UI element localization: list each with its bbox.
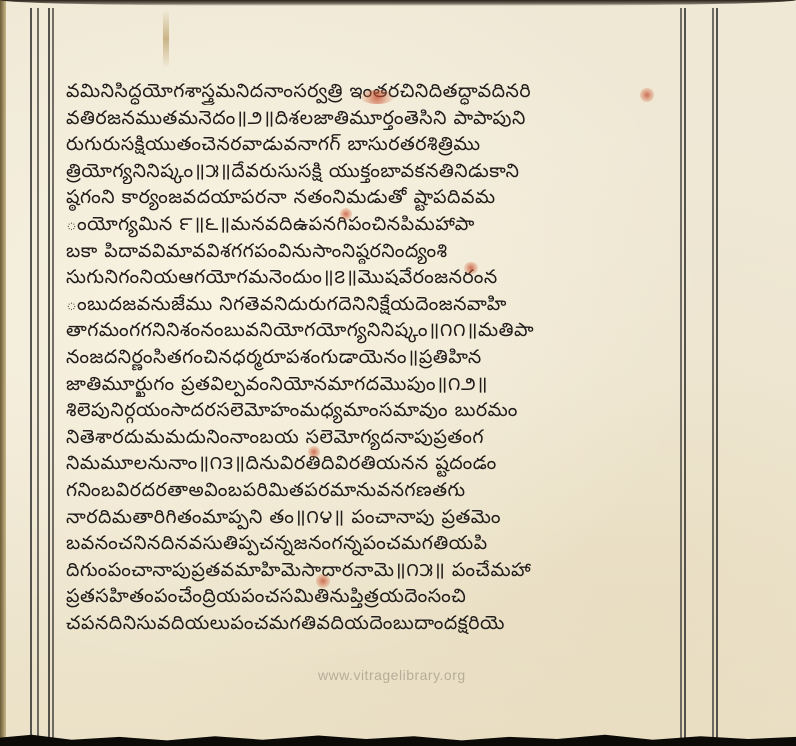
right-margin-rule-inner (684, 8, 686, 740)
left-margin-rule-inner (48, 8, 50, 740)
left-margin-rule-outer (30, 8, 32, 740)
text-line-5: ష్ఠగంని కార్యంజవదయాపరనా నతంనిమడుతో ష్టాప… (66, 184, 684, 211)
red-stain (464, 262, 478, 274)
left-margin-rule-outer-2 (37, 8, 39, 740)
manuscript-text: వమినిసిద్ధయోగశాస్త్రమనిదనాంసర్వత్రి ఇంతర… (66, 78, 684, 636)
text-line-14: నితెశారదుమమదునింనాంబయ సలెమోగ్యదనాపుప్రతం… (66, 424, 684, 451)
text-line-3: రుగురుసక్షియుతంచెనరవాడువనాగగ్ బాసురతరశిత… (66, 131, 684, 158)
text-line-18: బవనంచనినదినవసుతిప్పచన్నజనంగన్నపంచమగతియపి (66, 530, 684, 557)
watermark: www.vitragelibrary.org (318, 667, 466, 683)
top-edge-shadow (0, 0, 796, 6)
text-line-4: త్రియోగ్యనినిష్కం॥౫॥దేవరుసుసక్షి యుక్తంబ… (66, 158, 684, 185)
text-line-7: బకా పిదావవిమావవిశగగపంవినుసాంనిష్ఠరనింద్య… (66, 238, 684, 265)
manuscript-page: వమినిసిద్ధయోగశాస్త్రమనిదనాంసర్వత్రి ఇంతర… (0, 0, 796, 746)
text-line-20: ప్రతసహితంపంచేంద్రియపంచసమితినుప్తిత్రయదెం… (66, 583, 684, 610)
text-line-10: తాగమంగగనినిశంనంబువనియోగయోగ్యనినిష్కం॥౧౧॥… (66, 317, 684, 344)
red-stain (340, 208, 352, 220)
ink-smudge (163, 10, 169, 68)
text-line-11: నంజదనిర్ణంసితగంచినధర్మరూపశంగుడాయెనం॥ప్రత… (66, 344, 684, 371)
red-stain (360, 90, 394, 104)
left-margin-rule-inner-2 (52, 8, 54, 740)
torn-bottom-edge (0, 732, 796, 746)
text-line-13: శిలెపునిర్గయంసాదరసలెమోహంమధ్యమాంసమావుం బు… (66, 397, 684, 424)
right-margin-rule-outer-2 (712, 8, 714, 740)
right-margin-rule-outer (716, 8, 718, 740)
red-stain (308, 446, 320, 458)
text-line-17: నారదిమతారిగితంమాప్పని తం॥౧౪॥ పంచానాపు ప్… (66, 504, 684, 531)
text-line-16: గనింబవిరదరతాఅవింబపరిమితపరమానువనగణతగు (66, 477, 684, 504)
red-stain (640, 88, 654, 102)
text-line-21: చపనదినిసువదియలుపంచమగతివదియదెంబుదాందక్షరి… (66, 610, 684, 637)
binding-edge (0, 0, 6, 746)
text-line-15: నిమమూలనునాం॥౧౩॥దినువిరతిదివిరతియనన ష్టదం… (66, 450, 684, 477)
text-line-8: సుగునిగంనియఆగయోగమనెందుం॥౭॥మెుషవేరంజనరంన (66, 264, 684, 291)
text-line-2: వతిరజనముతమనెదం॥౨॥దిశలజాతిమూర్తంతెసిని పా… (66, 105, 684, 132)
text-line-9: ంబుదజవనుజేము నిగతెవనిదురుగదెనినిక్షేయదెం… (66, 291, 684, 318)
text-line-6: ంయోగ్యమిన ౯॥౬॥మనవదిఉపనగిపంచినపిమహాపా (66, 211, 684, 238)
red-stain (316, 574, 330, 588)
text-line-19: దిగుంపంచానాపుప్రతవమాహిమెసాదారనామె॥౧౫॥ పం… (66, 557, 684, 584)
text-line-12: జాతిమూర్ఖుగం ప్రతవిల్పవంనియోనమాగదమొపుం॥౧… (66, 371, 684, 398)
